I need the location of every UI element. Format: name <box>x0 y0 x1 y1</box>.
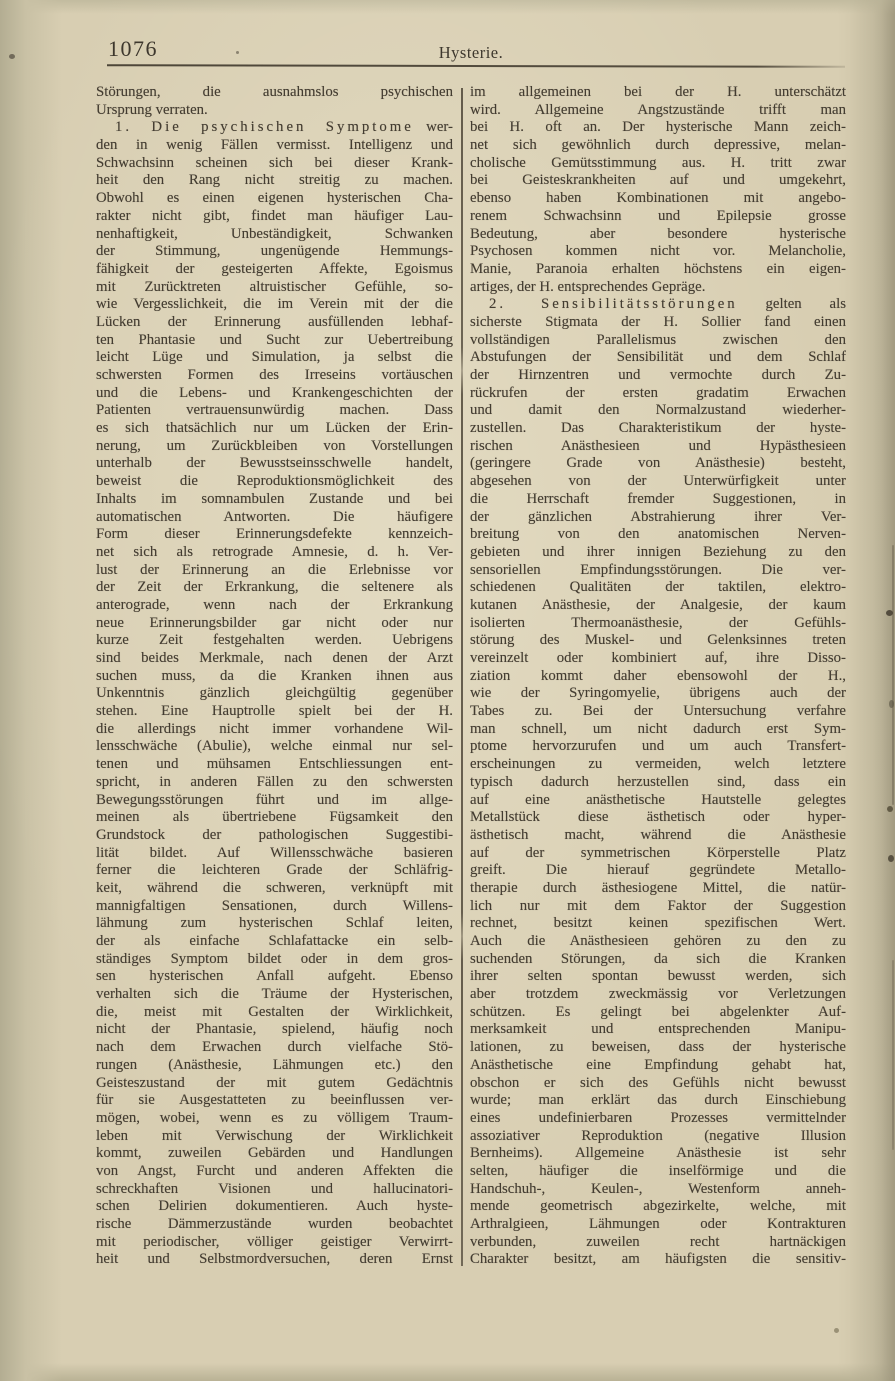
text-line: Schwachsinn scheinen sich bei dieser Kra… <box>96 155 453 173</box>
text-line: Bernheims). Allgemeine Anästhesie ist se… <box>470 1145 846 1163</box>
text-line: zustellen. Das Charakteristikum der hyst… <box>470 420 846 438</box>
text-line: die, meist mit Gestalten der Wirklichkei… <box>96 1004 453 1022</box>
text-line: ästhetisch macht, während die Anästhesie <box>470 827 846 845</box>
text-line: sen hysterischen Anfall aufgeht. Ebenso <box>96 968 453 986</box>
text-line: vollständigen Parallelismus zwischen den <box>470 332 846 350</box>
text-line: therapie durch ästhesiogene Mittel, die … <box>470 880 846 898</box>
text-line: störung des Muskel- und Gelenksinnes tre… <box>470 632 846 650</box>
text-line: rückrufen der ersten gradatim Erwachen <box>470 385 846 403</box>
text-line: mit periodischer, völliger geistiger Ver… <box>96 1234 453 1252</box>
text-line: typisch dadurch herzustellen sind, dass … <box>470 774 846 792</box>
text-line: Handschuh-, Keulen-, Westenform anneh- <box>470 1181 846 1199</box>
text-line: Grundstock der pathologischen Suggestibi… <box>96 827 453 845</box>
text-line: unterhalb der Bewusstseinsschwelle hande… <box>96 455 453 473</box>
scan-speck <box>834 1328 839 1333</box>
text-line: rakter nicht gibt, findet man häufiger L… <box>96 208 453 226</box>
text-line: assoziativer Reproduktion (negative Illu… <box>470 1128 846 1146</box>
text-line: sicherste Stigmata der H. Sollier fand e… <box>470 314 846 332</box>
text-line: wie der Syringomyelie, übrigens auch der <box>470 685 846 703</box>
text-line: Metallstück diese ästhetisch oder hyper- <box>470 809 846 827</box>
text-line: Charakter besitzt, am häufigsten die sen… <box>470 1251 846 1269</box>
page-header-title: Hysterie. <box>96 43 846 63</box>
text-line: von Angst, Furcht und anderen Affekten d… <box>96 1163 453 1181</box>
text-line: die Herrschaft fremder Suggestionen, in <box>470 491 846 509</box>
text-line: Abstufungen der Sensibilität und dem Sch… <box>470 349 846 367</box>
scanned-book-page: 1076 Hysterie. Störungen, die ausnahmslo… <box>0 0 895 1381</box>
text-line: sensoriellen Empfindungsstörungen. Die v… <box>470 562 846 580</box>
text-line: der gänzlichen Abstrahierung ihrer Ver- <box>470 509 846 527</box>
text-line: automatischen Antworten. Die häufigere <box>96 509 453 527</box>
text-line: Ursprung verraten. <box>96 102 453 120</box>
text-line: anterograde, wenn nach der Erkrankung <box>96 597 453 615</box>
text-line: (geringere Grade von Anästhesie) besteht… <box>470 455 846 473</box>
text-line: stehen. Eine Hauptrolle spielt bei der H… <box>96 703 453 721</box>
text-line: rischen Anästhesieen und Hypästhesieen <box>470 438 846 456</box>
text-line: Patienten vertrauensunwürdig machen. Das… <box>96 402 453 420</box>
text-line: kommt, zuweilen Gebärden und Handlungen <box>96 1145 453 1163</box>
text-line: aber trotzdem zweckmässig vor Verletzung… <box>470 986 846 1004</box>
text-line: den in wenig Fällen vermisst. Intelligen… <box>96 137 453 155</box>
scan-speck <box>9 54 15 59</box>
text-line: renem Schwachsinn und Epilepsie grosse <box>470 208 846 226</box>
text-line: kutanen Anästhesie, der Analgesie, der k… <box>470 597 846 615</box>
text-line: bei Geisteskrankheiten auf und umgekehrt… <box>470 172 846 190</box>
text-line: lensschwäche (Abulie), welche einmal nur… <box>96 738 453 756</box>
text-line: wie Vergesslichkeit, die im Verein mit d… <box>96 296 453 314</box>
scan-speck <box>887 806 893 812</box>
text-line: schen Delirien dokumentieren. Auch hyste… <box>96 1198 453 1216</box>
text-line: und damit den Normalzustand wiederher- <box>470 402 846 420</box>
text-line: heit und Selbstmordversuchen, deren Erns… <box>96 1251 453 1269</box>
text-line: Geisteszustand der mit gutem Gedächtnis <box>96 1075 453 1093</box>
text-line: auf der symmetrischen Körperstelle Platz <box>470 845 846 863</box>
letterspaced-heading: 2. Sensibilitätsstörungen <box>489 296 738 312</box>
text-line: bei H. oft an. Der hysterische Mann zeic… <box>470 119 846 137</box>
text-line: ten Phantasie und Sucht zur Uebertreibun… <box>96 332 453 350</box>
header-rule <box>107 64 845 68</box>
text-line: die allerdings nicht immer vorhandene Wi… <box>96 721 453 739</box>
text-line: abgesehen von der Unterwürfigkeit unter <box>470 473 846 491</box>
text-line: meinen als übertriebene Fügsamkeit den <box>96 809 453 827</box>
text-line: und die Lebens- und Krankengeschichten d… <box>96 385 453 403</box>
text-line: suchen muss, da die Kranken ihnen aus <box>96 668 453 686</box>
text-line: eines undefinierbaren Prozesses vermitte… <box>470 1110 846 1128</box>
text-line: schützen. Es gelingt bei abgelenkter Auf… <box>470 1004 846 1022</box>
text-line: spricht, in anderen Fällen zu den schwer… <box>96 774 453 792</box>
text-line: net sich gewöhnlich durch depressive, me… <box>470 137 846 155</box>
text-line: breitung von den anatomischen Nerven- <box>470 526 846 544</box>
text-line: 2. Sensibilitätsstörungen gelten als <box>470 296 846 314</box>
page-edge-line <box>892 960 894 1150</box>
text-line: ferner die leichteren Grade der Schläfri… <box>96 862 453 880</box>
text-line: mannigfaltigen Sensationen, durch Willen… <box>96 898 453 916</box>
text-line: nenhaftigkeit, Unbeständigkeit, Schwanke… <box>96 226 453 244</box>
text-line: für sie Ausgestatteten zu beeinflussen v… <box>96 1092 453 1110</box>
page-edge-shading <box>849 0 895 1381</box>
text-line: im allgemeinen bei der H. unterschätzt <box>470 84 846 102</box>
text-line: Tabes zu. Bei der Untersuchung verfahre <box>470 703 846 721</box>
text-line: schreckhaften Visionen und hallucinatori… <box>96 1181 453 1199</box>
scan-speck <box>889 700 894 708</box>
text-line: ziation kommt daher ebensowohl der H., <box>470 668 846 686</box>
text-line: ptome hervorzurufen und um auch Transfer… <box>470 738 846 756</box>
text-line: rungen (Anästhesie, Lähmungen etc.) den <box>96 1057 453 1075</box>
text-line: vereinzelt oder kombiniert auf, ihre Dis… <box>470 650 846 668</box>
text-line: es sich thatsächlich nur um Lücken der E… <box>96 420 453 438</box>
text-line: Obwohl es einen eigenen hysterischen Cha… <box>96 190 453 208</box>
text-line: tenen und mühsamen Entschliessungen ent- <box>96 756 453 774</box>
text-line: net sich als retrograde Amnesie, d. h. V… <box>96 544 453 562</box>
text-line: lähmung zum hysterischen Schlaf leiten, <box>96 915 453 933</box>
text-line: sind beides Merkmale, nach denen der Arz… <box>96 650 453 668</box>
text-line: artiges, der H. entsprechendes Gepräge. <box>470 279 846 297</box>
text-line: Bewegungsstörungen führt und im allge- <box>96 792 453 810</box>
text-line: 1. Die psychischen Symptome wer- <box>96 119 453 137</box>
text-line: mit Zurücktreten altruistischer Gefühle,… <box>96 279 453 297</box>
text-line: greift. Die hierauf gegründete Metallo- <box>470 862 846 880</box>
text-line: man schnell, um nicht dadurch erst Sym- <box>470 721 846 739</box>
text-line: nicht der Phantasie, spielend, häufig no… <box>96 1021 453 1039</box>
text-line: merksamkeit und entsprechenden Manipu- <box>470 1021 846 1039</box>
text-line: selten, häufiger die inselförmige und di… <box>470 1163 846 1181</box>
text-line: erscheinungen zu vermeiden, welch letzte… <box>470 756 846 774</box>
text-line: cholische Gemütsstimmung aus. H. tritt z… <box>470 155 846 173</box>
text-line: lität bildet. Auf Willensschwäche basier… <box>96 845 453 863</box>
text-line: Lücken der Erinnerung ausfüllenden lebha… <box>96 314 453 332</box>
text-line: wird. Allgemeine Angstzustände trifft ma… <box>470 102 846 120</box>
text-line: heit den Rang nicht streitig zu machen. <box>96 172 453 190</box>
text-line: Form dieser Erinnerungsdefekte kennzeich… <box>96 526 453 544</box>
text-line: auf eine anästhetische Hautstelle gelegt… <box>470 792 846 810</box>
text-line: nach dem Erwachen durch vielfache Stö- <box>96 1039 453 1057</box>
text-line: nerung, um Zurückbleiben von Vorstellung… <box>96 438 453 456</box>
scan-speck <box>886 610 893 616</box>
text-line: lust der Erinnerung an die Erlebnisse vo… <box>96 562 453 580</box>
text-line: rische Dämmerzustände wurden beobachtet <box>96 1216 453 1234</box>
text-line: beweist die Reproduktionsmöglichkeit des <box>96 473 453 491</box>
text-line: wurde; man erklärt das durch Einschiebun… <box>470 1092 846 1110</box>
text-line: leicht Lüge und Simulation, ja selbst di… <box>96 349 453 367</box>
text-line: Störungen, die ausnahmslos psychischen <box>96 84 453 102</box>
text-line: der Stimmung, ungenügende Hemmungs- <box>96 243 453 261</box>
text-line: Psychosen kommen nicht vor. Melancholie, <box>470 243 846 261</box>
text-line: isolierten Thermoanästhesie, der Gefühls… <box>470 615 846 633</box>
text-line: ständiges Symptom bildet oder in dem gro… <box>96 951 453 969</box>
text-line: suchenden Störungen, da sich die Kranken <box>470 951 846 969</box>
text-line: gebieten und ihrer innigen Beziehung zu … <box>470 544 846 562</box>
text-line: Anästhetische eine Empfindung gehabt hat… <box>470 1057 846 1075</box>
text-line: ebenso haben Kombinationen mit angebo- <box>470 190 846 208</box>
text-line: lich nur mit dem Faktor der Suggestion <box>470 898 846 916</box>
letterspaced-heading: 1. Die psychischen Symptome <box>115 119 414 135</box>
text-line: obschon er sich des Gefühls nicht bewuss… <box>470 1075 846 1093</box>
text-line: neue Erinnerungsbilder gar nicht oder nu… <box>96 615 453 633</box>
scan-speck <box>236 51 239 54</box>
text-line: der Hirnzentren und vermochte durch Zu- <box>470 367 846 385</box>
text-line: Arthralgieen, Lähmungen oder Kontrakture… <box>470 1216 846 1234</box>
text-line: schiedenen Qualitäten der taktilen, elek… <box>470 579 846 597</box>
text-line: verhalten sich die Träume der Hysterisch… <box>96 986 453 1004</box>
text-column-left: Störungen, die ausnahmslos psychischenUr… <box>96 84 453 1269</box>
text-line: keit, während die schweren, verknüpft mi… <box>96 880 453 898</box>
text-line: schwersten Formen des Irreseins vortäusc… <box>96 367 453 385</box>
text-line: ihrer selten spontan bewusst werden, sic… <box>470 968 846 986</box>
page-edge-line <box>892 545 894 805</box>
text-line: fähigkeit der gesteigerten Affekte, Egoi… <box>96 261 453 279</box>
text-line: leben mit Verwischung der Wirklichkeit <box>96 1128 453 1146</box>
text-line: Bedeutung, aber besondere hysterische <box>470 226 846 244</box>
text-line: mögen, wobei, wenn es zu völligem Traum- <box>96 1110 453 1128</box>
scan-speck <box>888 855 894 862</box>
text-line: der Zeit der Erkrankung, die seltenere a… <box>96 579 453 597</box>
text-line: lationen, zu beweisen, dass der hysteris… <box>470 1039 846 1057</box>
text-line: Unkenntnis gänzlich gleichgültig gegenüb… <box>96 685 453 703</box>
text-line: kurze Zeit festgehalten werden. Uebrigen… <box>96 632 453 650</box>
text-line: Inhalts im somnambulen Zustande und bei <box>96 491 453 509</box>
text-line: rechnet, besitzt keinen spezifischen Wer… <box>470 915 846 933</box>
text-column-right: im allgemeinen bei der H. unterschätztwi… <box>470 84 846 1269</box>
text-line: verbunden, zuweilen recht hartnäckigen <box>470 1234 846 1252</box>
text-line: der als einfache Schlafattacke ein selb- <box>96 933 453 951</box>
text-line: mende geometrisch abgezirkelte, welche, … <box>470 1198 846 1216</box>
text-line: Manie, Paranoia erhalten höchstens ein e… <box>470 261 846 279</box>
column-divider-rule <box>461 88 463 1266</box>
text-line: Auch die Anästhesieen gehören zu den zu <box>470 933 846 951</box>
